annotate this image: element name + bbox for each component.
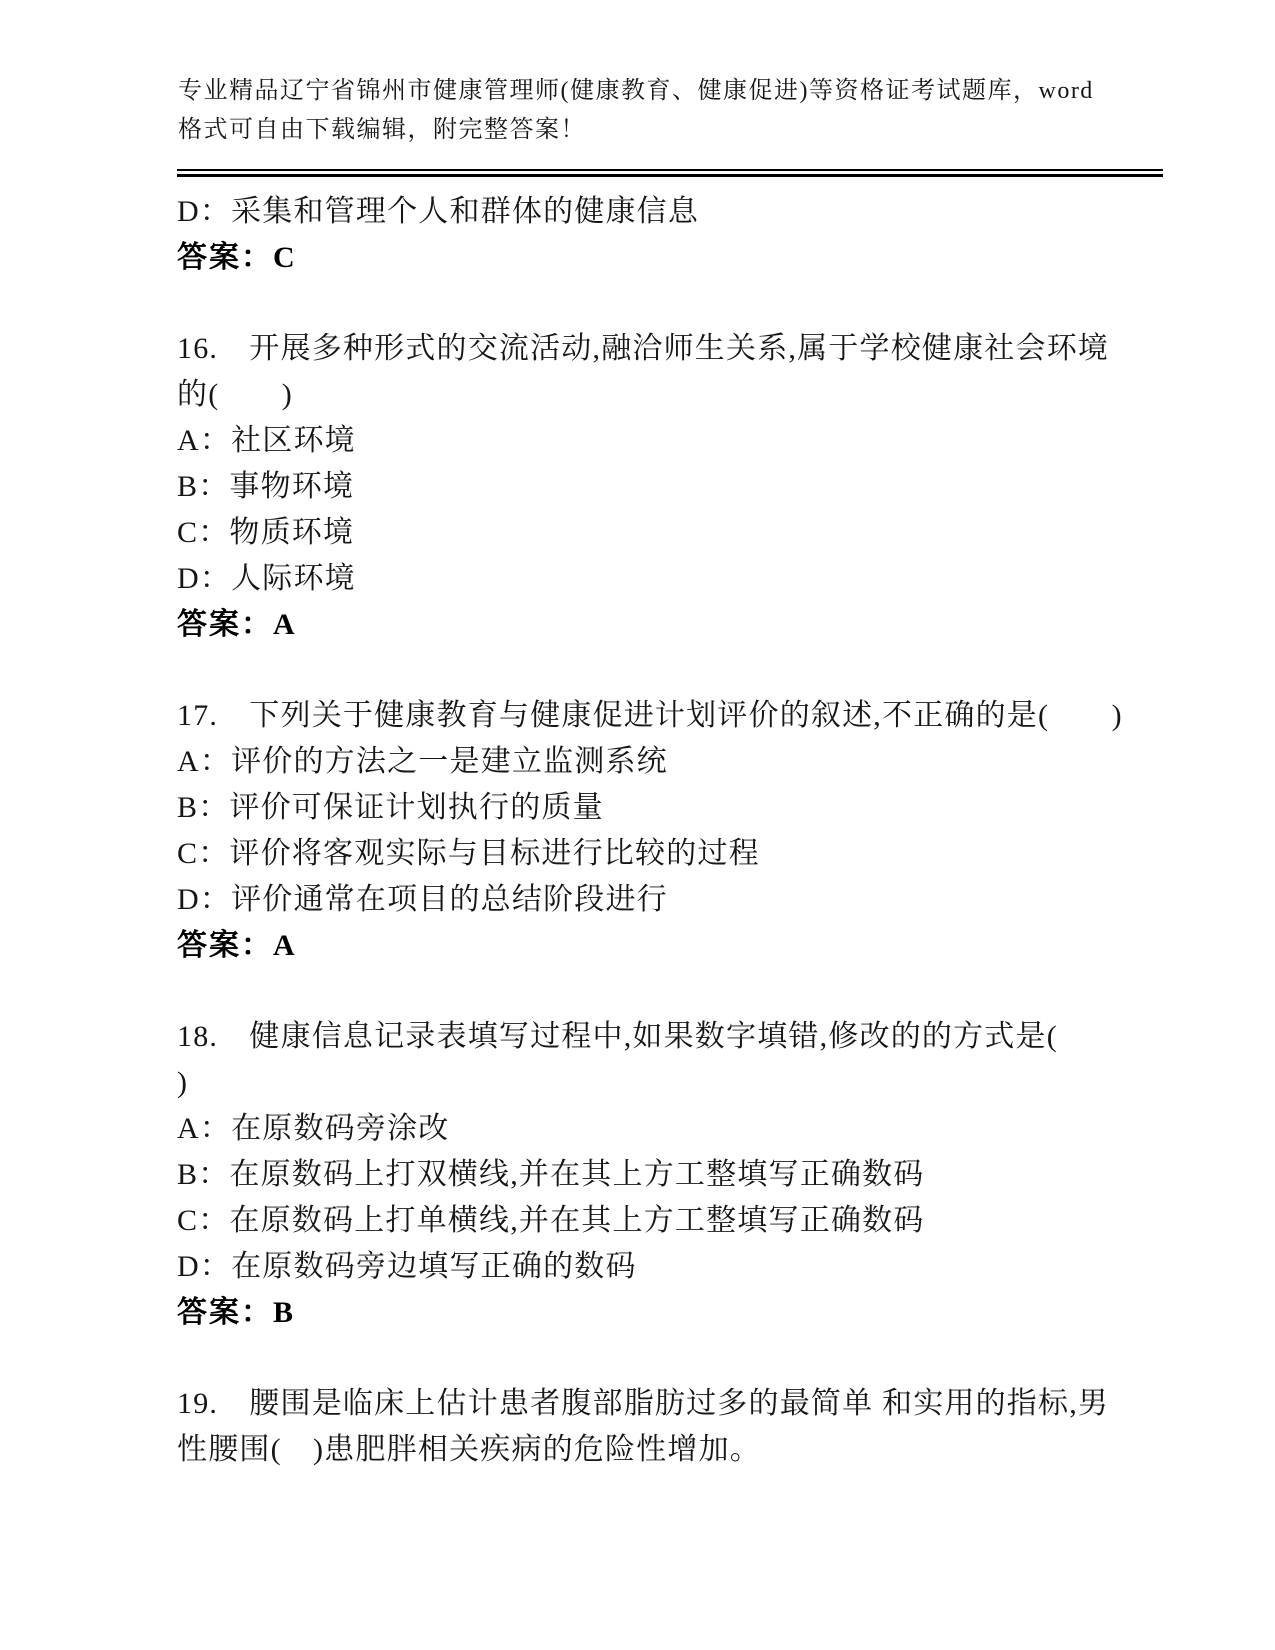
- q18-text-1: 18. 健康信息记录表填写过程中,如果数字填错,修改的的方式是(: [177, 1014, 1197, 1060]
- q15-option-d: D：采集和管理个人和群体的健康信息: [177, 189, 1197, 235]
- q17-option-b: B：评价可保证计划执行的质量: [177, 785, 1197, 831]
- header-divider: [177, 169, 1163, 177]
- q17-option-d: D：评价通常在项目的总结阶段进行: [177, 877, 1197, 923]
- q16-answer: 答案：A: [177, 602, 1197, 648]
- q17-option-c: C：评价将客观实际与目标进行比较的过程: [177, 831, 1197, 877]
- q19-text-1: 19. 腰围是临床上估计患者腹部脂肪过多的最简单 和实用的指标,男: [177, 1381, 1197, 1427]
- document-body: D：采集和管理个人和群体的健康信息答案：C16. 开展多种形式的交流活动,融洽师…: [177, 189, 1197, 1473]
- q18-text-2: ): [177, 1060, 1197, 1106]
- q18-option-b: B：在原数码上打双横线,并在其上方工整填写正确数码: [177, 1152, 1197, 1198]
- q18-option-a: A：在原数码旁涂改: [177, 1106, 1197, 1152]
- header-line-2: 格式可自由下载编辑，附完整答案！: [178, 111, 1168, 150]
- q16-option-c: C：物质环境: [177, 510, 1197, 556]
- q16-text-2: 的( ): [177, 372, 1197, 418]
- q16-option-b: B：事物环境: [177, 464, 1197, 510]
- q17-answer: 答案：A: [177, 923, 1197, 969]
- q15-answer: 答案：C: [177, 235, 1197, 281]
- page-header: 专业精品辽宁省锦州市健康管理师(健康教育、健康促进)等资格证考试题库，word …: [178, 72, 1168, 150]
- q18-option-c: C：在原数码上打单横线,并在其上方工整填写正确数码: [177, 1198, 1197, 1244]
- q18-answer: 答案：B: [177, 1290, 1197, 1336]
- q17-option-a: A：评价的方法之一是建立监测系统: [177, 739, 1197, 785]
- q17-text-1: 17. 下列关于健康教育与健康促进计划评价的叙述,不正确的是( ): [177, 693, 1197, 739]
- q19-text-2: 性腰围( )患肥胖相关疾病的危险性增加。: [177, 1427, 1197, 1473]
- q18-option-d: D：在原数码旁边填写正确的数码: [177, 1244, 1197, 1290]
- document-page: 专业精品辽宁省锦州市健康管理师(健康教育、健康促进)等资格证考试题库，word …: [0, 0, 1275, 1650]
- header-line-1: 专业精品辽宁省锦州市健康管理师(健康教育、健康促进)等资格证考试题库，word: [178, 72, 1168, 111]
- q16-text-1: 16. 开展多种形式的交流活动,融洽师生关系,属于学校健康社会环境: [177, 326, 1197, 372]
- q16-option-d: D：人际环境: [177, 556, 1197, 602]
- q16-option-a: A：社区环境: [177, 418, 1197, 464]
